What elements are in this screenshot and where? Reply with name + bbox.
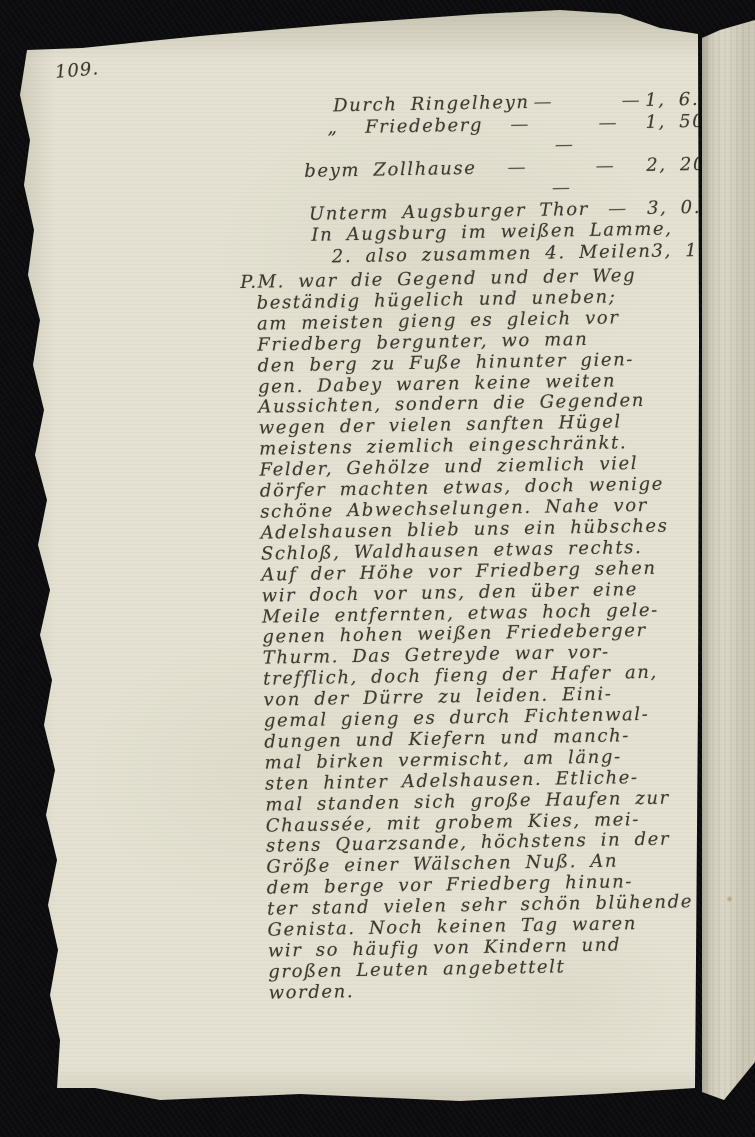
expense-dashes: — — xyxy=(529,90,645,114)
next-page-fore-edge xyxy=(700,0,755,1137)
handwritten-text-block: Durch Ringelheyn — — 1, 6. „ Friedeberg … xyxy=(237,89,731,1005)
page-number: 109. xyxy=(54,58,100,83)
page-bottom-shading xyxy=(0,1067,755,1107)
expense-label: „ Friedeberg xyxy=(237,114,483,140)
expense-label: beym Zollhause xyxy=(238,157,477,183)
manuscript-paragraph: P.M. war die Gegend und der Wegbeständig… xyxy=(240,265,731,1005)
expense-dashes: — — — xyxy=(483,111,646,157)
foxing-spot xyxy=(726,896,733,902)
expense-dashes: — — — xyxy=(476,154,647,200)
manuscript-page: 109. Durch Ringelheyn — — 1, 6. „ Friede… xyxy=(0,0,755,1137)
page-top-shading xyxy=(0,0,755,60)
expense-dashes: — xyxy=(589,197,648,220)
expense-list: Durch Ringelheyn — — 1, 6. „ Friedeberg … xyxy=(237,89,718,269)
manuscript-scan: 109. Durch Ringelheyn — — 1, 6. „ Friede… xyxy=(0,0,755,1137)
